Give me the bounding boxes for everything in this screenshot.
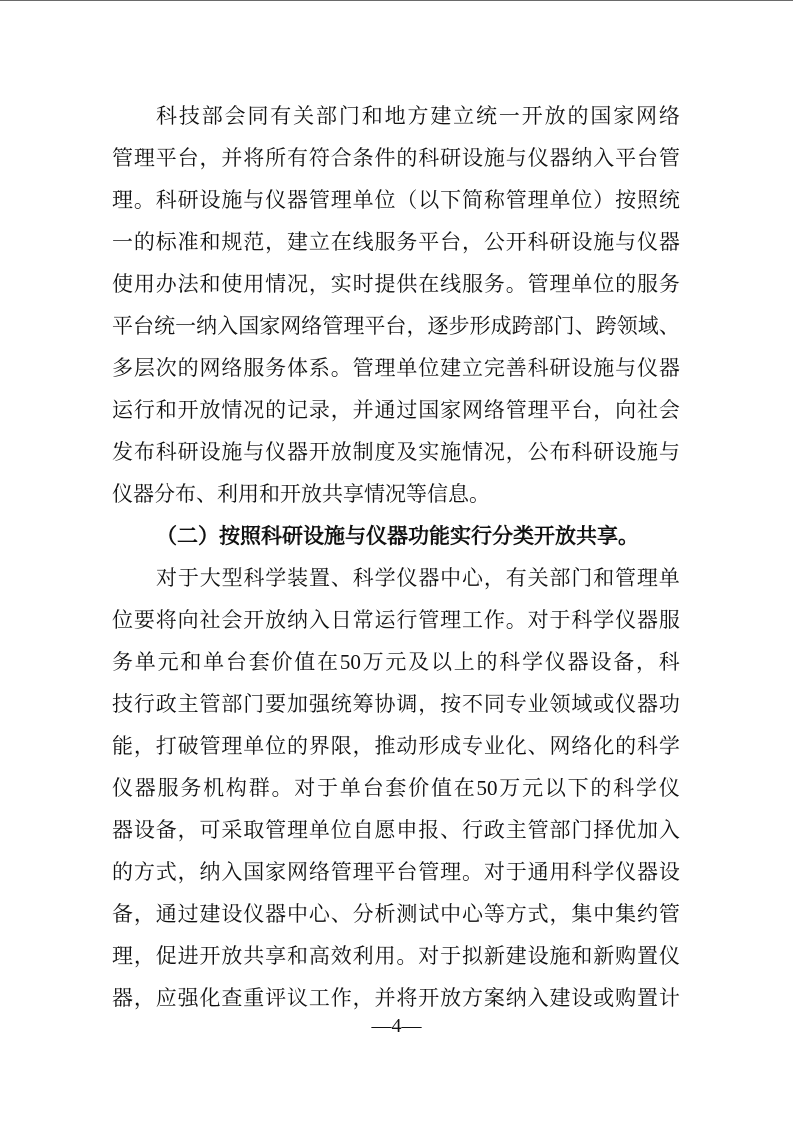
text-line: 一的标准和规范，建立在线服务平台，公开科研设施与仪器: [112, 221, 680, 263]
document-page: 科技部会同有关部门和地方建立统一开放的国家网络管理平台，并将所有符合条件的科研设…: [0, 0, 793, 1122]
text-line: 对于大型科学装置、科学仪器中心，有关部门和管理单: [112, 557, 680, 599]
text-line: 能，打破管理单位的界限，推动形成专业化、网络化的科学: [112, 725, 680, 767]
text-line: 器设备，可采取管理单位自愿申报、行政主管部门择优加入: [112, 809, 680, 851]
text-line: 仪器服务机构群。对于单台套价值在50万元以下的科学仪: [112, 767, 680, 809]
text-lines: 科技部会同有关部门和地方建立统一开放的国家网络管理平台，并将所有符合条件的科研设…: [112, 95, 680, 1019]
text-line: 务单元和单台套价值在50万元及以上的科学仪器设备，科: [112, 641, 680, 683]
text-line: 管理平台，并将所有符合条件的科研设施与仪器纳入平台管: [112, 137, 680, 179]
text-line: 平台统一纳入国家网络管理平台，逐步形成跨部门、跨领域、: [112, 305, 680, 347]
text-line: 运行和开放情况的记录，并通过国家网络管理平台，向社会: [112, 389, 680, 431]
text-line: 备，通过建设仪器中心、分析测试中心等方式，集中集约管: [112, 893, 680, 935]
text-line: 发布科研设施与仪器开放制度及实施情况，公布科研设施与: [112, 431, 680, 473]
text-line: 理，促进开放共享和高效利用。对于拟新建设施和新购置仪: [112, 935, 680, 977]
scan-edge-line: [0, 0, 793, 1]
text-line: 理。科研设施与仪器管理单位（以下简称管理单位）按照统: [112, 179, 680, 221]
text-line: 仪器分布、利用和开放共享情况等信息。: [112, 473, 680, 515]
page-number: —4—: [0, 1012, 793, 1040]
text-line: 的方式，纳入国家网络管理平台管理。对于通用科学仪器设: [112, 851, 680, 893]
section-heading: （二）按照科研设施与仪器功能实行分类开放共享。: [112, 515, 680, 557]
text-line: 位要将向社会开放纳入日常运行管理工作。对于科学仪器服: [112, 599, 680, 641]
text-line: 科技部会同有关部门和地方建立统一开放的国家网络: [112, 95, 680, 137]
text-line: 使用办法和使用情况，实时提供在线服务。管理单位的服务: [112, 263, 680, 305]
text-line: 技行政主管部门要加强统筹协调，按不同专业领域或仪器功: [112, 683, 680, 725]
text-line: 多层次的网络服务体系。管理单位建立完善科研设施与仪器: [112, 347, 680, 389]
